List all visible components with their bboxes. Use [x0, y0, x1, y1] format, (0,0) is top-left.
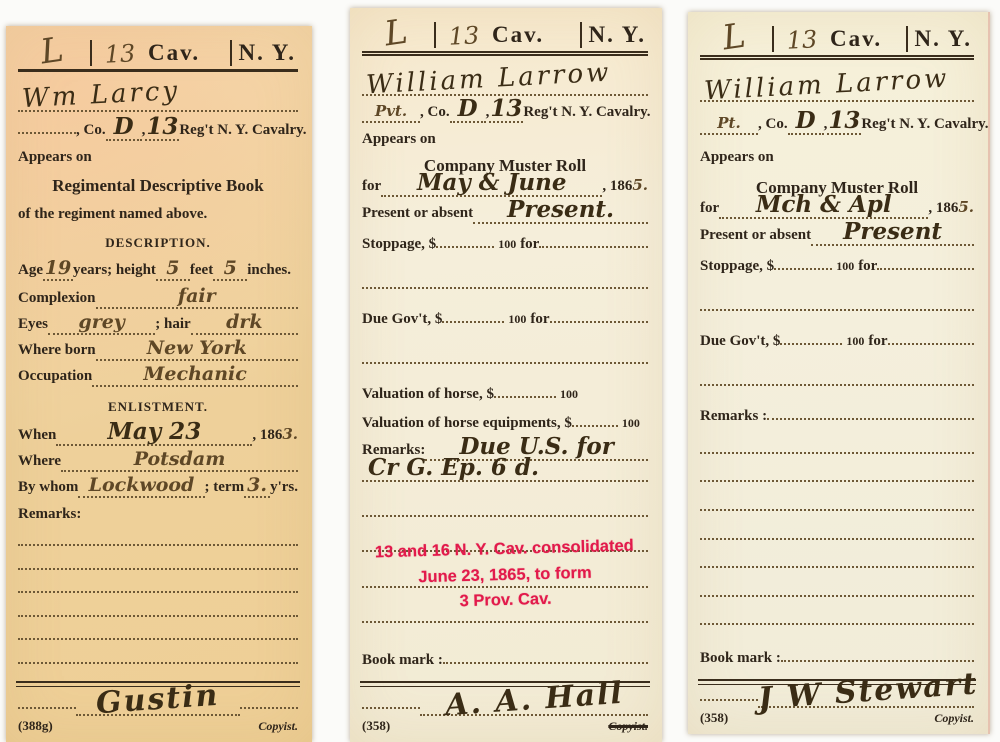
appears-on: Appears on: [700, 149, 974, 166]
company-value: D: [114, 120, 134, 134]
remarks-blank-lines: [700, 425, 974, 640]
signature-line: J W Stewart: [700, 685, 974, 708]
muster-year-value: 5.: [958, 198, 974, 216]
where-line: Where Potsdam: [18, 452, 298, 472]
consolidation-stamp: 13 and 16 N. Y. Cav. consolidated June 2…: [361, 533, 649, 617]
state-label: N. Y.: [588, 22, 646, 48]
enlist-place-value: Potsdam: [134, 452, 226, 466]
enlist-year-value: 3.: [282, 425, 298, 443]
stoppage-cents: 100: [498, 237, 516, 252]
muster-period-value: May & June: [417, 176, 566, 190]
blank-line: [18, 556, 298, 570]
co-label: , Co.: [76, 122, 106, 139]
copyist-signature: A. A. Hall: [444, 687, 623, 713]
branch-label: Cav.: [148, 40, 200, 66]
soldier-name: William Larrow: [703, 64, 950, 107]
present-absent-line: Present or absent Present: [700, 225, 974, 246]
description-heading: DESCRIPTION.: [18, 235, 298, 251]
company-value: D: [458, 102, 478, 116]
header-divider: [90, 40, 92, 66]
recruiter-value: Lockwood: [89, 478, 195, 492]
for-period-line: for Mch & Apl , 186 5.: [700, 198, 974, 219]
valuation-horse-cents: 100: [560, 387, 578, 402]
company-letter-handwritten: L: [18, 32, 86, 71]
company-letter-handwritten: L: [700, 18, 768, 57]
complexion-line: Complexion fair: [18, 289, 298, 309]
remarks-line-2: Cr G. Ep. 6 d.: [362, 461, 648, 482]
occupation-value: Mechanic: [143, 367, 246, 381]
soldier-name: William Larrow: [365, 58, 612, 101]
age-value: 19: [45, 261, 71, 275]
book-mark-line: Book mark :: [700, 650, 974, 667]
stoppage-line: Stoppage, $ 100 for: [700, 258, 974, 275]
blank-line: [700, 297, 974, 311]
header-divider: [772, 26, 774, 52]
due-cents: 100: [508, 312, 526, 327]
valuation-equip-cents: 100: [622, 416, 640, 431]
rank-value: Pt.: [717, 114, 740, 132]
regiment-value: 13: [828, 114, 860, 128]
age-height-line: Age 19 years; height 5 feet 5 inches.: [18, 261, 298, 281]
regiment-label: Reg't N. Y. Cavalry.: [861, 116, 988, 133]
regiment-value: 13: [146, 120, 178, 134]
stoppage-cents: 100: [836, 259, 854, 274]
blank-line: [700, 583, 974, 597]
regiment-number-handwritten: 13: [97, 41, 142, 67]
regiment-label: Reg't N. Y. Cavalry.: [523, 104, 650, 121]
complexion-value: fair: [178, 289, 216, 303]
eyes-hair-line: Eyes grey ; hair drk: [18, 315, 298, 335]
record-subtitle: of the regiment named above.: [18, 206, 298, 223]
book-mark-line: Book mark :: [362, 652, 648, 669]
branch-label: Cav.: [830, 26, 882, 52]
appears-on: Appears on: [18, 149, 298, 166]
valuation-horse-line: Valuation of horse, $ 100: [362, 386, 648, 403]
blank-line: [700, 611, 974, 625]
copyist-signature: Gustin: [96, 689, 220, 712]
company-letter-handwritten: L: [362, 14, 430, 53]
blank-line: [18, 603, 298, 617]
card-footer: (358) Copyist.: [700, 710, 974, 726]
muster-roll-card-mch-apl: L 13 Cav. N. Y. William Larrow Pt. , Co.…: [688, 12, 990, 734]
copyist-signature: J W Stewart: [758, 677, 979, 706]
card-header: L 13 Cav. N. Y.: [700, 22, 974, 60]
blank-line: [362, 275, 648, 289]
blank-line: [700, 497, 974, 511]
header-divider: [434, 22, 436, 48]
where-born-line: Where born New York: [18, 341, 298, 361]
blank-line: [18, 626, 298, 640]
header-divider: [906, 26, 908, 52]
muster-period-value: Mch & Apl: [756, 198, 892, 212]
rank-blank: [18, 132, 76, 134]
company-regiment-line: Pt. , Co. D , 13 Reg't N. Y. Cavalry.: [700, 114, 974, 135]
when-line: When May 23 , 186 3.: [18, 425, 298, 446]
present-value: Present: [843, 225, 942, 239]
remarks-line: Remarks :: [700, 408, 974, 425]
form-number: (388g): [18, 718, 53, 734]
blank-line: [700, 372, 974, 386]
regiment-value: 13: [490, 102, 522, 116]
due-govt-line: Due Gov't, $ 100 for: [362, 311, 648, 328]
card-footer: (388g) Copyist.: [18, 718, 298, 734]
state-label: N. Y.: [914, 26, 972, 52]
blank-line: [18, 532, 298, 546]
copyist-label: Copyist.: [608, 719, 648, 734]
blank-line: [700, 554, 974, 568]
blank-line: [700, 440, 974, 454]
term-value: 3.: [247, 478, 267, 492]
regiment-number-handwritten: 13: [441, 23, 486, 49]
blank-line: [362, 503, 648, 517]
company-regiment-line: , Co. D , 13 Reg't N. Y. Cavalry.: [18, 120, 298, 141]
present-value: Present.: [507, 203, 614, 217]
header-divider: [580, 22, 582, 48]
remarks-blank-lines: [18, 523, 298, 673]
height-inches-value: 5: [224, 261, 237, 275]
soldier-name-line: Wm Larcy: [18, 80, 298, 112]
branch-label: Cav.: [492, 22, 544, 48]
company-value: D: [796, 114, 816, 128]
occupation-line: Occupation Mechanic: [18, 367, 298, 387]
form-number: (358): [700, 710, 728, 726]
state-label: N. Y.: [238, 40, 296, 66]
blank-line: [362, 350, 648, 364]
header-divider: [230, 40, 232, 66]
blank-line: [700, 526, 974, 540]
soldier-name: Wm Larcy: [21, 76, 180, 114]
co-label: , Co.: [758, 116, 788, 133]
rank-value: Pvt.: [375, 102, 407, 120]
enlist-date-value: May 23: [107, 425, 201, 439]
record-title: Regimental Descriptive Book: [18, 176, 298, 196]
by-whom-line: By whom Lockwood ; term 3. y'rs.: [18, 478, 298, 498]
regiment-number-handwritten: 13: [779, 27, 824, 53]
card-header: L 13 Cav. N. Y.: [18, 36, 298, 72]
appears-on: Appears on: [362, 131, 648, 148]
present-absent-line: Present or absent Present.: [362, 203, 648, 224]
muster-year-value: 5.: [632, 176, 648, 194]
born-value: New York: [147, 341, 247, 355]
remarks-label: Remarks:: [18, 506, 298, 523]
hair-value: drk: [226, 315, 262, 329]
company-regiment-line: Pvt. , Co. D , 13 Reg't N. Y. Cavalry.: [362, 102, 648, 123]
stoppage-line: Stoppage, $ 100 for: [362, 236, 648, 253]
signature-line: Gustin: [18, 693, 298, 716]
soldier-name-line: William Larrow: [362, 64, 648, 96]
blank-line: [18, 650, 298, 664]
copyist-label: Copyist.: [934, 711, 974, 726]
consolidation-stamp-zone: 13 and 16 N. Y. Cav. consolidated June 2…: [362, 482, 648, 644]
co-label: , Co.: [420, 104, 450, 121]
enlistment-heading: ENLISTMENT.: [18, 399, 298, 415]
for-period-line: for May & June , 186 5.: [362, 176, 648, 197]
height-feet-value: 5: [166, 261, 179, 275]
valuation-equipments-line: Valuation of horse equipments, $ 100: [362, 415, 648, 432]
copyist-label: Copyist.: [258, 719, 298, 734]
due-cents: 100: [846, 334, 864, 349]
blank-line: [700, 468, 974, 482]
regiment-label: Reg't N. Y. Cavalry.: [179, 122, 306, 139]
blank-line: [18, 579, 298, 593]
eyes-value: grey: [78, 315, 124, 329]
card-header: L 13 Cav. N. Y.: [362, 18, 648, 56]
signature-line: A. A. Hall: [362, 693, 648, 716]
due-govt-line: Due Gov't, $ 100 for: [700, 333, 974, 350]
remarks-handwritten-2: Cr G. Ep. 6 d.: [368, 461, 539, 475]
form-number: (358): [362, 718, 390, 734]
muster-roll-card-may-june: L 13 Cav. N. Y. William Larrow Pvt. , Co…: [350, 8, 662, 742]
soldier-name-line: William Larrow: [700, 70, 974, 102]
descriptive-book-card: L 13 Cav. N. Y. Wm Larcy , Co. D , 13 Re…: [6, 26, 312, 742]
card-footer: (358) Copyist.: [362, 718, 648, 734]
remarks-handwritten-1: Due U.S. for: [459, 440, 613, 454]
